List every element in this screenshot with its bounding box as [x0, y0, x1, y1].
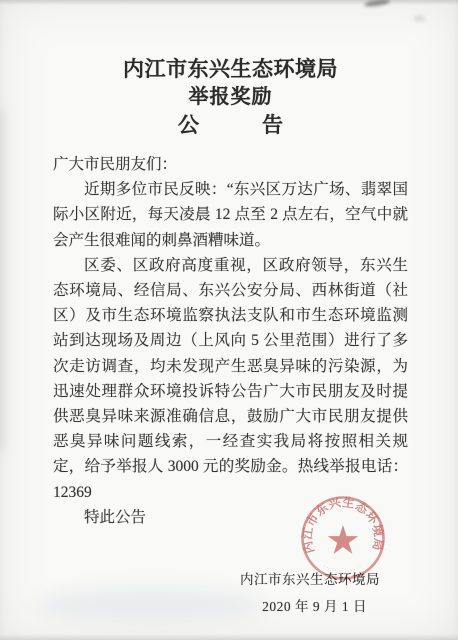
notice-body: 广大市民朋友们： 近期多位市民反映：“东兴区万达广场、翡翠国际小区附近，每天凌晨…: [53, 152, 408, 530]
paragraph-investigation-reward: 区委、区政府高度重视，区政府领导，东兴生态环境局、经信局、东兴公安分局、西林街道…: [53, 253, 408, 505]
signature-block: 内江市东兴生态环境局 2020 年 9 月 1 日: [53, 569, 408, 619]
signature-date: 2020 年 9 月 1 日: [53, 595, 367, 619]
paragraph-complaint: 近期多位市民反映：“东兴区万达广场、翡翠国际小区附近，每天凌晨 12 点至 2 …: [53, 177, 408, 253]
closing-phrase: 特此公告: [53, 505, 408, 530]
scanned-notice-page: 内江市东兴生态环境局 举报奖励 公 告 广大市民朋友们： 近期多位市民反映：“东…: [0, 0, 458, 640]
notice-type-title: 公 告: [53, 111, 408, 140]
notice-org-title: 内江市东兴生态环境局: [53, 55, 408, 84]
notice-subject-title: 举报奖励: [53, 84, 408, 111]
notice-content: 内江市东兴生态环境局 举报奖励 公 告 广大市民朋友们： 近期多位市民反映：“东…: [0, 0, 458, 619]
salutation: 广大市民朋友们：: [53, 152, 408, 177]
signature-org: 内江市东兴生态环境局: [53, 569, 380, 591]
